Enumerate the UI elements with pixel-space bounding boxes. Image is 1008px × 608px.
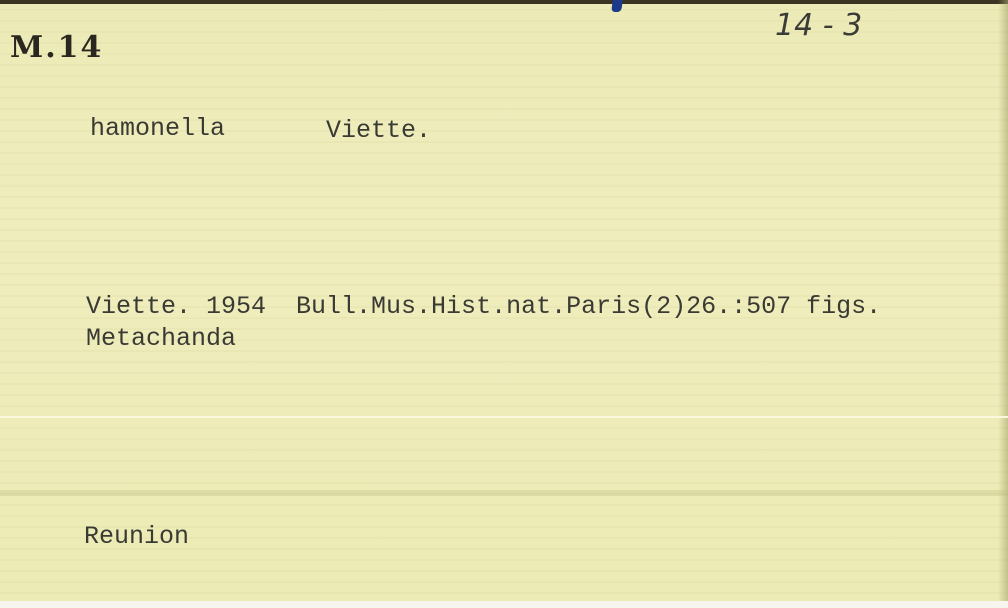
species-author: Viette. <box>326 116 431 145</box>
locality: Reunion <box>84 522 189 551</box>
handwritten-reference: 14 - 3 <box>775 8 862 43</box>
index-card: M.14 14 - 3 hamonella Viette. Viette. 19… <box>0 0 1008 608</box>
blue-ink-mark <box>611 0 623 12</box>
genus-name: Metachanda <box>86 324 236 353</box>
species-name: hamonella <box>90 114 225 143</box>
card-ruled-band <box>0 490 1008 496</box>
card-fold-line <box>0 416 1008 418</box>
card-bottom-edge <box>0 601 1008 608</box>
citation: Viette. 1954 Bull.Mus.Hist.nat.Paris(2)2… <box>86 292 881 321</box>
card-code: M.14 <box>10 30 103 65</box>
card-right-shadow <box>998 0 1008 608</box>
card-top-edge <box>0 0 1008 4</box>
